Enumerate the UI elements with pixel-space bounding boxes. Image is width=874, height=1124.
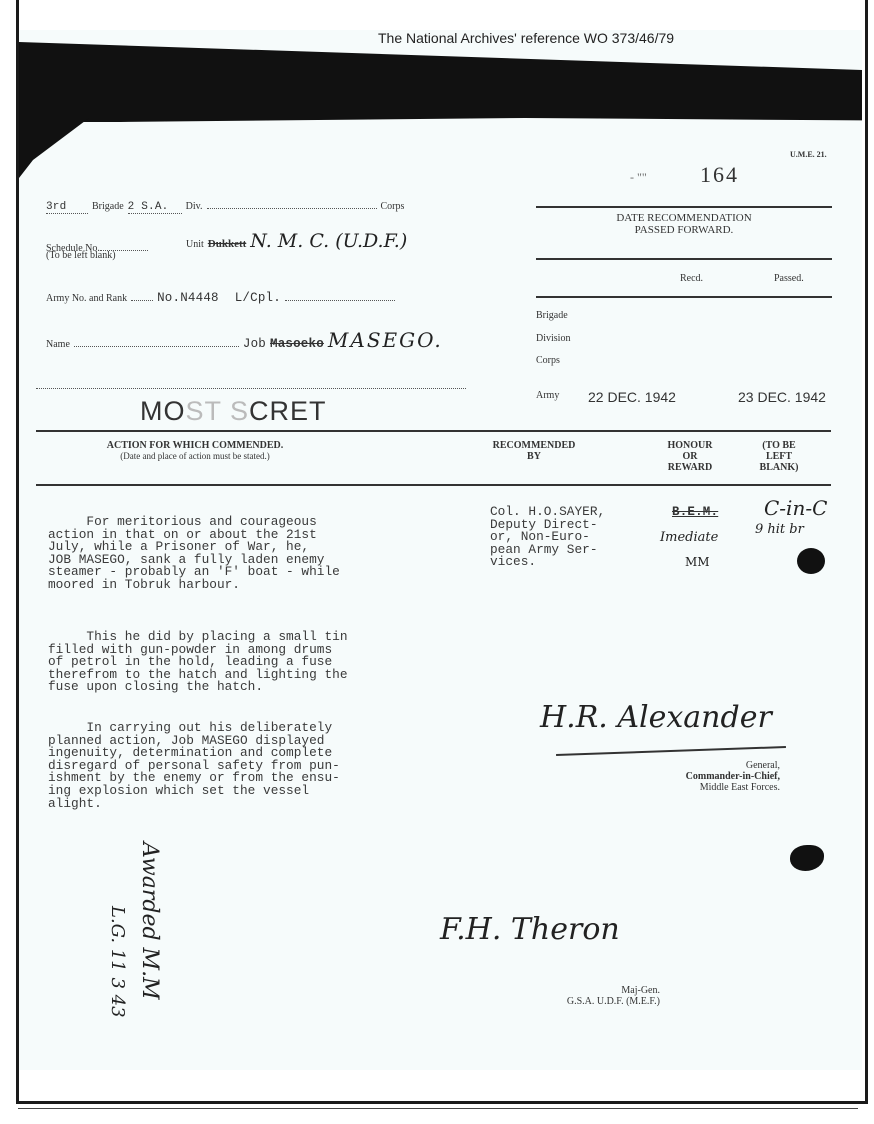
unit-label: Unit	[186, 239, 204, 250]
recommended-by-text: Col. H.O.SAYER, Deputy Direct- or, Non-E…	[490, 506, 630, 569]
army-no-value: No.N4448	[157, 291, 219, 305]
dots	[131, 300, 153, 301]
corps-blank	[207, 208, 377, 209]
army-recd-date: 22 DEC. 1942	[588, 389, 676, 405]
most-secret-stamp: MOST SCRET	[140, 396, 327, 427]
citation-paragraph-1: For meritorious and courageous action in…	[48, 516, 478, 592]
dots	[74, 346, 239, 347]
citation-paragraph-2: This he did by placing a small tin fille…	[48, 631, 478, 694]
margin-note-2: 9 hit br	[755, 522, 804, 537]
commander-signature: H.R. Alexander	[540, 700, 772, 735]
division-value: 2 S.A.	[128, 201, 182, 214]
row-brigade-label: Brigade	[536, 310, 568, 321]
header-action-title: ACTION FOR WHICH COMMENDED.	[50, 440, 340, 451]
honour-struck: B.E.M.	[672, 505, 718, 519]
commander-title-2: Commander-in-Chief,	[580, 771, 780, 782]
col-passed: Passed.	[774, 273, 804, 284]
name-label: Name	[46, 339, 70, 350]
unit-struck: Dukkett	[208, 238, 247, 250]
honour-handwritten-mm: MM	[685, 555, 710, 569]
gsa-signature: F.H. Theron	[440, 912, 620, 947]
row-corps-label: Corps	[536, 355, 560, 366]
stamp-start: MO	[140, 396, 186, 426]
row-army-label: Army	[536, 390, 559, 401]
row-division-label: Division	[536, 333, 570, 344]
army-number-field: Army No. and Rank No.N4448 L/Cpl.	[46, 288, 395, 306]
rank-value: L/Cpl.	[235, 291, 281, 305]
form-code: U.M.E. 21.	[790, 150, 827, 159]
honour-handwritten-immediate: Imediate	[660, 530, 718, 545]
table-top-rule	[36, 430, 831, 432]
name-first: Job	[243, 337, 266, 351]
divider	[536, 296, 832, 298]
name-handwritten: MASEGO.	[328, 328, 443, 352]
archive-reference: The National Archives' reference WO 373/…	[378, 30, 674, 46]
header-action-note: (Date and place of action must be stated…	[50, 451, 340, 462]
stamp-faded: ST S	[186, 396, 250, 426]
brigade-field: 3rd Brigade 2 S.A. Div. Corps	[46, 196, 404, 214]
date-panel-title-line1: DATE RECOMMENDATION	[536, 212, 832, 224]
citation-paragraph-3: In carrying out his deliberately planned…	[48, 722, 478, 810]
margin-note-cinc: C-in-C	[764, 496, 827, 520]
gsa-title: Maj-Gen. G.S.A. U.D.F. (M.E.F.)	[480, 985, 660, 1007]
stamp-end: CRET	[249, 396, 327, 426]
blank-line	[36, 388, 466, 389]
name-struck: Masoeko	[270, 337, 324, 351]
serial-number: 164	[700, 162, 739, 188]
dots	[285, 300, 395, 301]
header-left-blank: (TO BE LEFT BLANK)	[754, 440, 804, 473]
unit-handwritten: N. M. C. (U.D.F.)	[250, 230, 407, 252]
header-honour: HONOUR OR REWARD	[660, 440, 720, 473]
ink-blot	[797, 548, 825, 574]
commander-title-3: Middle East Forces.	[580, 782, 780, 793]
divider	[536, 258, 832, 260]
header-action: ACTION FOR WHICH COMMENDED. (Date and pl…	[50, 440, 340, 462]
divider	[536, 206, 832, 208]
commander-title-1: General,	[580, 760, 780, 771]
unit-field: Unit Dukkett N. M. C. (U.D.F.)	[186, 230, 407, 252]
brigade-label: Brigade	[92, 201, 124, 212]
army-passed-date: 23 DEC. 1942	[738, 389, 826, 405]
date-panel-title-line2: PASSED FORWARD.	[536, 224, 832, 236]
col-recd: Recd.	[680, 273, 703, 284]
frame-shadow-line	[18, 1108, 858, 1109]
corps-label: Corps	[381, 201, 405, 212]
commander-title: General, Commander-in-Chief, Middle East…	[580, 760, 780, 793]
header-recommended-by: RECOMMENDED BY	[490, 440, 578, 462]
brigade-value: 3rd	[46, 201, 88, 214]
serial-prefix: - ""	[630, 170, 647, 185]
schedule-note: (To be left blank)	[46, 250, 116, 261]
table-header-rule	[36, 484, 831, 486]
army-no-label: Army No. and Rank	[46, 293, 127, 304]
margin-annotation-gazette: L.G. 11 3 43	[107, 906, 128, 1018]
gsa-title-1: Maj-Gen.	[480, 985, 660, 996]
gsa-title-2: G.S.A. U.D.F. (M.E.F.)	[480, 996, 660, 1007]
date-panel-title: DATE RECOMMENDATION PASSED FORWARD.	[536, 212, 832, 236]
name-field: Name Job Masoeko MASEGO.	[46, 328, 443, 352]
margin-annotation-awarded: Awarded M.M	[137, 842, 162, 1000]
division-label: Div.	[186, 201, 203, 212]
